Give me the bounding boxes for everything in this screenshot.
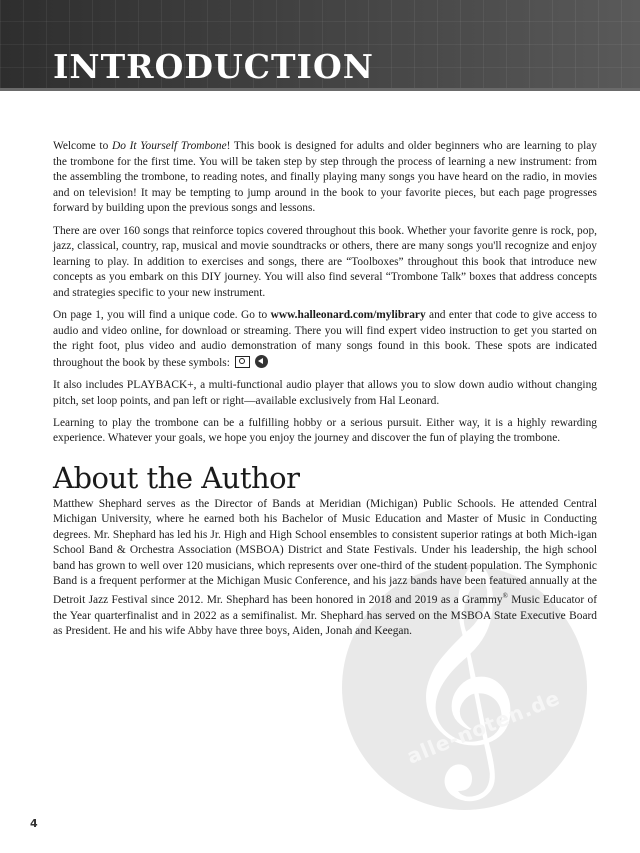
author-heading: About the Author <box>53 464 300 493</box>
introduction-section: Welcome to Do It Yourself Trombone! This… <box>53 139 597 454</box>
author-bio-paragraph: Matthew Shephard serves as the Director … <box>53 497 597 639</box>
audio-icon <box>255 355 268 368</box>
page-title: INTRODUCTION <box>53 50 374 83</box>
page-number: 4 <box>30 817 38 830</box>
header-band: INTRODUCTION <box>0 0 640 91</box>
intro-paragraph-songs: There are over 160 songs that reinforce … <box>53 224 597 302</box>
intro-paragraph-welcome: Welcome to Do It Yourself Trombone! This… <box>53 139 597 217</box>
author-bio: Matthew Shephard serves as the Director … <box>53 497 597 639</box>
intro-paragraph-playback: It also includes PLAYBACK+, a multi-func… <box>53 378 597 409</box>
book-title: Do It Yourself Trombone <box>112 140 227 152</box>
intro-paragraph-closing: Learning to play the trombone can be a f… <box>53 416 597 447</box>
mylibrary-link[interactable]: www.halleonard.com/mylibrary <box>271 309 426 321</box>
video-icon <box>235 356 250 368</box>
intro-paragraph-online-access: On page 1, you will find a unique code. … <box>53 308 597 371</box>
